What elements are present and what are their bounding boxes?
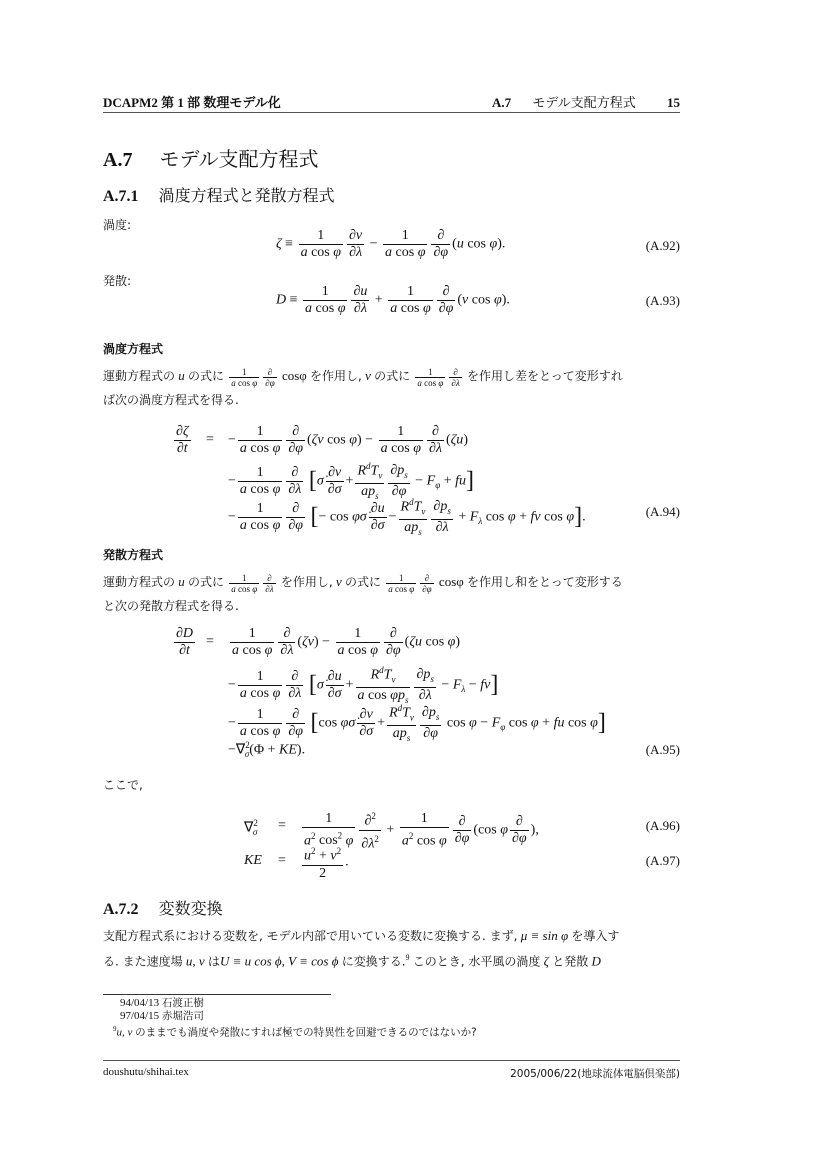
transform-paragraph: 支配方程式系における変数を, モデル内部で用いている変数に変換する. まず, μ… (103, 926, 680, 971)
vorticity-equation-heading: 渦度方程式 (103, 340, 163, 357)
equation-a92: ζ ≡ 1a cos φ∂v∂λ − 1a cos φ∂∂φ(u cos φ). (276, 228, 505, 261)
equation-number-a97: (A.97) (646, 853, 680, 869)
footnote-mark-9[interactable]: 9 (406, 953, 410, 962)
footnote-9: 9u, v のままでも渦度や発散にすれば極での特異性を回避できるのではないか? (113, 1023, 477, 1040)
equation-a95-lhs: ∂D∂t (172, 626, 197, 659)
header-section-title: モデル支配方程式 (532, 96, 635, 111)
running-header: DCAPM2 第 1 部 数理モデル化 A.7 モデル支配方程式 15 (103, 92, 680, 112)
footnote-rule (103, 994, 331, 995)
vorticity-label: 渦度: (103, 216, 131, 233)
divergence-label: 発散: (103, 272, 131, 289)
section-heading: A.7 モデル支配方程式 (103, 143, 318, 172)
equation-a94-line1: −1a cos φ∂∂φ(ζv cos φ) − 1a cos φ∂∂λ(ζu) (228, 424, 468, 457)
where-label: ここで, (103, 776, 143, 793)
footnote-history-1: 94/04/13 石渡正樹 (120, 997, 204, 1010)
header-rule (103, 112, 680, 113)
footer-filename: doushutu/shihai.tex (103, 1066, 189, 1078)
equation-a94-lhs: ∂ζ∂t (172, 424, 193, 457)
equation-a96-lhs: ∇2σ (244, 818, 257, 837)
equation-a97-lhs: KE (244, 853, 262, 869)
equation-a96-equals: = (278, 818, 286, 834)
footnote-history-2: 97/04/15 赤堀浩司 (120, 1010, 204, 1023)
equation-a93: D ≡ 1a cos φ∂u∂λ + 1a cos φ∂∂φ(v cos φ). (276, 284, 510, 317)
footer-rule (103, 1060, 680, 1061)
equation-a97: u2 + v22. (300, 843, 349, 882)
header-section-number: A.7 (492, 95, 511, 110)
subsection-heading-2: A.7.2 変数変換 (103, 896, 223, 919)
footer-date-org: 2005/006/22(地球流体電脳倶楽部) (510, 1066, 680, 1081)
header-right: A.7 モデル支配方程式 15 (492, 92, 680, 111)
header-left: DCAPM2 第 1 部 数理モデル化 (103, 92, 281, 111)
equation-a95-equals: = (206, 634, 214, 650)
equation-a97-equals: = (278, 853, 286, 869)
vorticity-paragraph: 運動方程式の u の式に 1a cos φ∂∂φ cosφ を作用し, v の式… (103, 366, 680, 410)
equation-number-a95: (A.95) (646, 742, 680, 758)
equation-a94-equals: = (206, 432, 214, 448)
equation-a95-line1: 1a cos φ∂∂λ(ζv) − 1a cos φ∂∂φ(ζu cos φ) (228, 626, 460, 659)
divergence-paragraph: 運動方程式の u の式に 1a cos φ∂∂λ を作用し, v の式に 1a … (103, 572, 680, 616)
equation-number-a92: (A.92) (646, 238, 680, 254)
page-number: 15 (667, 95, 680, 110)
divergence-equation-heading: 発散方程式 (103, 546, 163, 563)
equation-number-a94: (A.94) (646, 504, 680, 520)
equation-a94-line3: −1a cos φ∂∂φ [− cos φσ̇∂u∂σ−RdTvaps∂ps∂λ… (228, 494, 586, 540)
subsection-heading-1: A.7.1 渦度方程式と発散方程式 (103, 183, 335, 206)
equation-number-a93: (A.93) (646, 293, 680, 309)
equation-number-a96: (A.96) (646, 818, 680, 834)
equation-a95-line4: −∇2σ(Φ + KE). (228, 740, 305, 759)
